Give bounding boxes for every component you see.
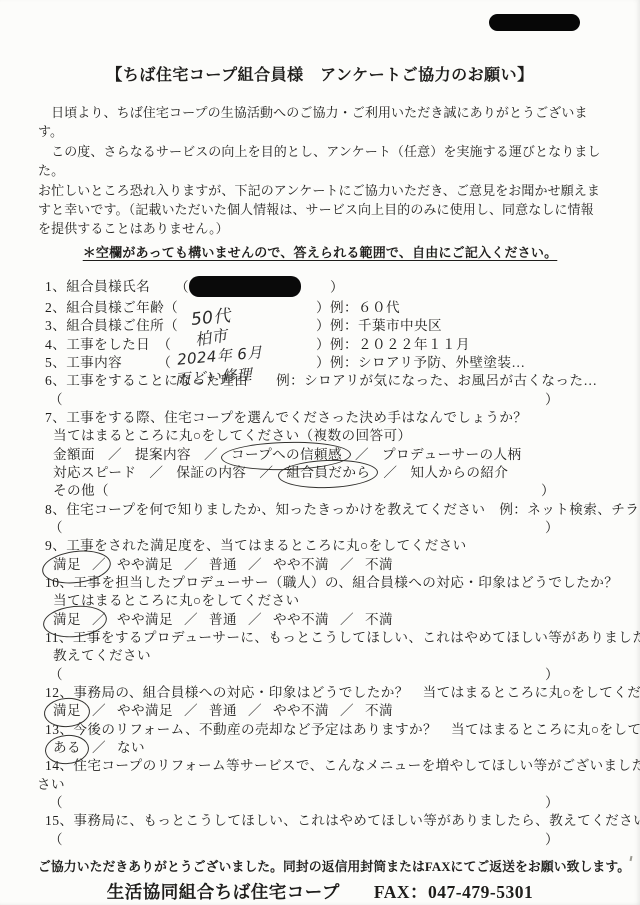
- fill-in-note: ＊空欄があっても構いませんので、答えられる範囲で、自由にご記入ください。: [0, 242, 640, 261]
- circled-answer-satisfied: 満足: [53, 611, 81, 629]
- answer-blank-q8: （）: [49, 519, 559, 537]
- question-7-instruction: 当てはまるところに丸○をしてください（複数の回答可）: [45, 427, 606, 445]
- question-9: 9、工事をされた満足度を、当てはまるところに丸○をしてください: [45, 537, 606, 555]
- intro-line-3: お忙しいところ恐れ入りますが、下記のアンケートにご協力いただき、ご意見をお聞かせ…: [38, 181, 602, 239]
- scanned-survey-page: 【ちば住宅コープ組合員様 アンケートご協力のお願い】 日頃より、ちば住宅コープの…: [0, 0, 640, 905]
- redaction-bar-top-right: [489, 14, 580, 31]
- question-10: 10、工事を担当したプロデューサー（職人）の、組合員様への対応・印象はどうでした…: [45, 574, 606, 592]
- field-label: 4、工事をした日 （: [45, 336, 175, 354]
- example-text: 例：シロアリ予防、外壁塗装…: [330, 355, 525, 370]
- example-text: 例：６０代: [330, 300, 400, 315]
- circled-answer-yes: ある: [53, 739, 81, 757]
- scan-artifact: [630, 856, 633, 861]
- question-11: 11、工事をするプロデューサーに、もっとこうしてほしい、これはやめてほしい等があ…: [45, 629, 606, 647]
- question-12: 12、事務局の、組合員様への対応・印象はどうでしたか？ 当てはまるところに丸○を…: [45, 684, 606, 702]
- example-text: 例：千葉市中央区: [330, 318, 442, 333]
- question-7-options-row-2: 対応スピード／保証の内容／組合員だから／知人からの紹介: [45, 464, 606, 482]
- option-proposal: 提案内容: [135, 447, 191, 462]
- intro-line-1: 日頃より、ちば住宅コープの生協活動へのご協力・ご利用いただき誠にありがとうござい…: [38, 103, 602, 142]
- fax-number: FAX：047-479-5301: [374, 882, 533, 902]
- question-10-instruction: 当てはまるところに丸○をしてください: [45, 592, 606, 610]
- footer-thanks: ご協力いただきありがとうございました。同封の返信用封筒またはFAXにてご返送をお…: [38, 856, 604, 875]
- field-label: 1、組合員様氏名: [45, 278, 175, 296]
- option-referral: 知人からの紹介: [410, 465, 508, 480]
- field-member-age: 2、組合員様ご年齢（50代）例：６０代: [45, 299, 606, 317]
- circled-answer-satisfied: 満足: [53, 702, 81, 720]
- field-work-date: 4、工事をした日 （2024年 6月）例：２０２２年１１月: [45, 336, 606, 354]
- option-price: 金額面: [53, 447, 95, 462]
- question-7-options-row-1: 金額面／提案内容／コープへの信頼感／プロデューサーの人柄: [45, 446, 606, 464]
- answer-blank-q6: （）: [49, 391, 559, 409]
- field-member-name: 1、組合員様氏名（）: [45, 278, 606, 299]
- answer-blank-q15: （）: [49, 831, 559, 849]
- question-14: 14、住宅コープのリフォーム等サービスで、こんなメニューを増やしてほしい等がござ…: [45, 757, 606, 775]
- option-warranty: 保証の内容: [176, 465, 246, 480]
- question-13-options: ある／ない: [45, 739, 606, 757]
- question-11-line-2: 教えてください: [45, 647, 606, 665]
- field-label: 5、工事内容 （: [45, 354, 175, 372]
- footer-company: 生活協同組合ちば住宅コープFAX：047-479-5301: [0, 879, 640, 904]
- question-8: 8、住宅コープを何で知りましたか、知ったきっかけを教えてください 例：ネット検索…: [45, 501, 606, 519]
- intro-paragraph: 日頃より、ちば住宅コープの生協活動へのご協力・ご利用いただき誠にありがとうござい…: [38, 103, 602, 239]
- page-title: 【ちば住宅コープ組合員様 アンケートご協力のお願い】: [0, 0, 640, 85]
- question-12-options: 満足／やや満足／普通／やや不満／不満: [45, 702, 606, 720]
- field-member-address: 3、組合員様ご住所（柏市）例：千葉市中央区: [45, 317, 606, 335]
- option-speed: 対応スピード: [53, 465, 136, 480]
- question-7-other: その他（）: [45, 482, 555, 500]
- answer-blank-q11: （）: [49, 666, 559, 684]
- circled-answer-trust: コープへの信頼感: [231, 446, 342, 464]
- question-10-options: 満足／やや満足／普通／やや不満／不満: [45, 611, 606, 629]
- field-work-content: 5、工事内容 （雨どい修理）例：シロアリ予防、外壁塗装…: [45, 354, 606, 372]
- question-list: 1、組合員様氏名（） 2、組合員様ご年齢（50代）例：６０代 3、組合員様ご住所…: [45, 278, 606, 849]
- question-14-wrap: さい: [37, 776, 606, 794]
- field-label: 2、組合員様ご年齢（: [45, 299, 175, 317]
- intro-line-2: この度、さらなるサービスの向上を目的とし、アンケート（任意）を実施する運びとなり…: [38, 142, 602, 181]
- option-no: ない: [117, 740, 145, 755]
- answer-blank-q14: （）: [49, 794, 559, 812]
- question-7: 7、工事をする際、住宅コープを選んでくださった決め手はなんでしょうか？: [45, 409, 606, 427]
- question-6: 6、工事をすることになった理由 例：シロアリが気になった、お風呂が古くなった…: [45, 372, 606, 390]
- option-producer-character: プロデューサーの人柄: [382, 447, 522, 462]
- example-text: 例：２０２２年１１月: [330, 337, 470, 352]
- question-9-options: 満足／やや満足／普通／やや不満／不満: [45, 556, 606, 574]
- question-13: 13、今後のリフォーム、不動産の売却など予定はありますか？ 当てはまるところに丸…: [45, 721, 606, 739]
- question-15: 15、事務局に、もっとこうしてほしい、これはやめてほしい等がありましたら、教えて…: [45, 812, 606, 830]
- circled-answer-satisfied: 満足: [53, 556, 81, 574]
- redaction-bar-name: [189, 276, 301, 297]
- name-answer-slot: [189, 278, 330, 299]
- circled-answer-member: 組合員だから: [286, 464, 370, 482]
- org-name: 生活協同組合ちば住宅コープ: [107, 882, 340, 902]
- field-label: 3、組合員様ご住所（: [45, 317, 175, 335]
